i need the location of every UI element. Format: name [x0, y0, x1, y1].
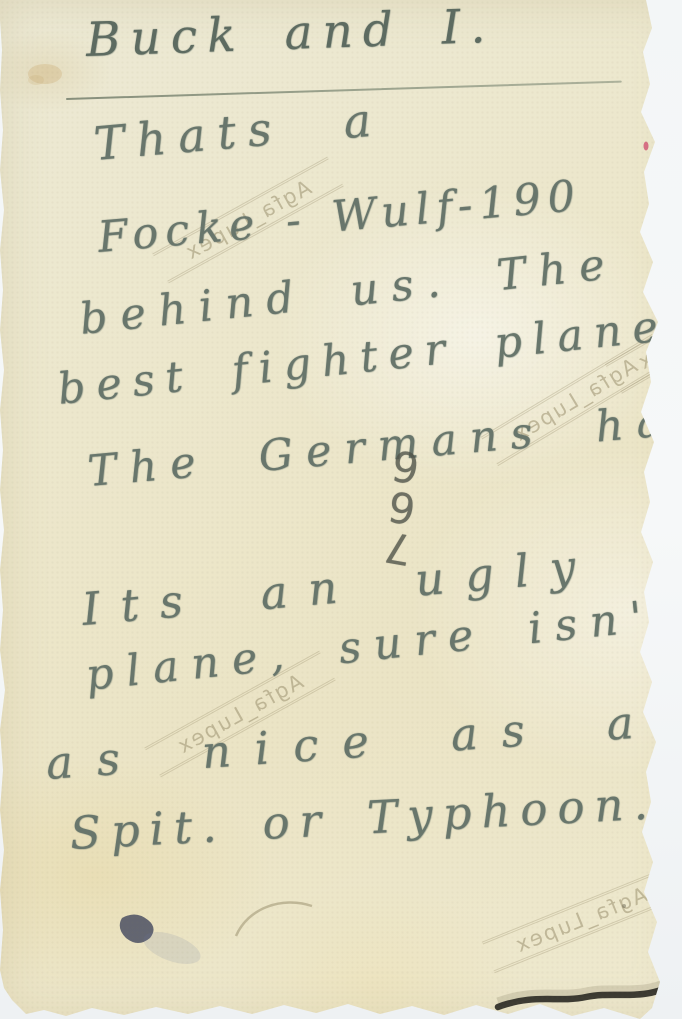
photo-number-667: 6 6 7 — [373, 444, 430, 571]
photo-number-digit: 7 — [381, 526, 414, 571]
photo-paper: Agfa_Lupex Agfa_Lupex Agfa_Lupex Agfa_Lu… — [0, 0, 682, 1019]
watermark-stamp: Agfa_Lupex — [482, 867, 680, 973]
hair-scratch-mark — [236, 903, 312, 936]
handwriting-line: Spit. or Typhoon. — [69, 779, 659, 857]
red-speck — [644, 142, 649, 151]
handwriting-line: Thats a — [92, 95, 385, 168]
ink-smear — [139, 926, 204, 971]
caption-line: Buck and I. — [85, 2, 496, 66]
scanned-photo-back: Agfa_Lupex Agfa_Lupex Agfa_Lupex Agfa_Lu… — [0, 0, 682, 1019]
corner-curl-highlight — [498, 981, 670, 1002]
coffee-stain — [28, 64, 62, 84]
ink-smudge — [120, 914, 154, 943]
watermark-text: Agfa_Lupex — [511, 882, 651, 957]
coffee-stain — [28, 75, 44, 85]
corner-curl-shadow — [498, 986, 670, 1007]
handwriting-line: as nice as a — [44, 697, 659, 787]
